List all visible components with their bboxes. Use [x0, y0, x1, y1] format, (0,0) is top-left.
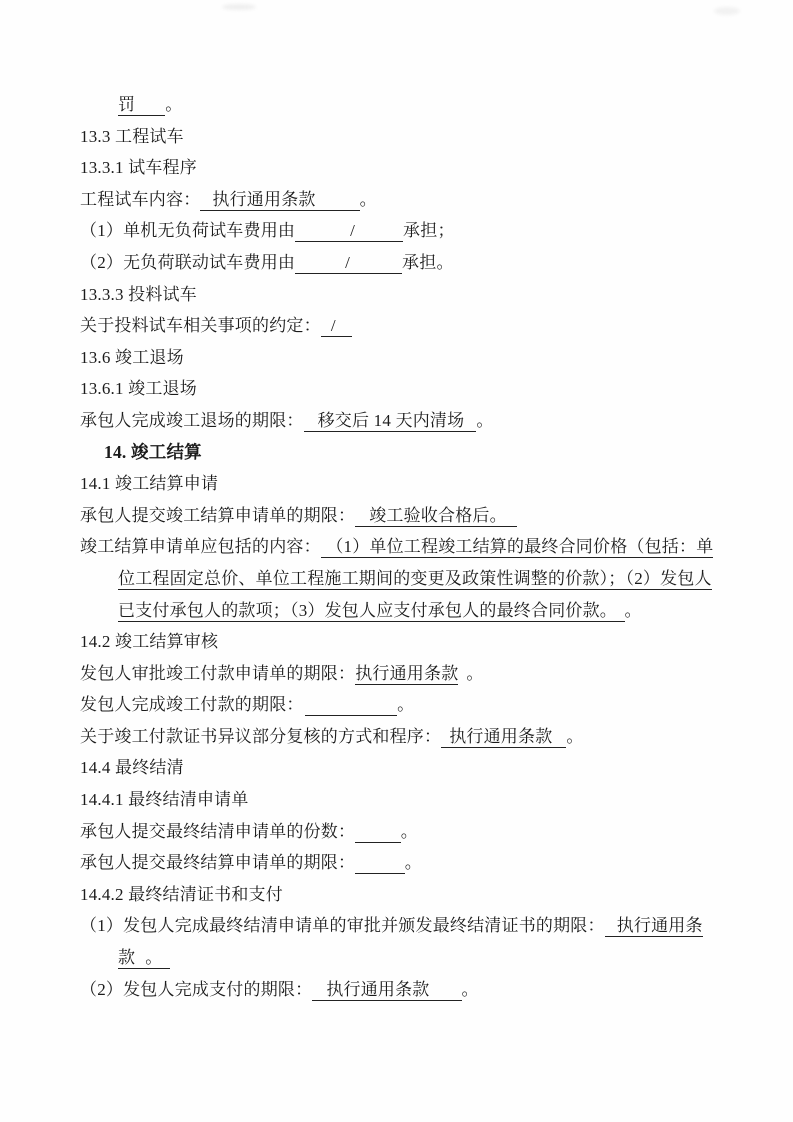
spacer	[347, 822, 355, 841]
blank-underline-field	[312, 980, 326, 1001]
line-payment-approval-deadline: 发包人审批竣工付款申请单的期限：执行通用条款。	[80, 658, 725, 690]
heading-14-4: 14.4 最终结清	[80, 752, 725, 784]
document-body: 罚。13.3 工程试车13.3.1 试车程序工程试车内容：执行通用条款。（1）单…	[80, 89, 725, 1005]
blank-underline-field	[464, 411, 476, 432]
line-employer-payment-deadline: （2）发包人完成支付的期限：执行通用条款。	[80, 974, 725, 1006]
slash-mark: /	[331, 316, 336, 337]
text-segment: 。	[625, 601, 642, 620]
text-segment: 14.2 竣工结算审核	[80, 632, 218, 651]
spacer	[295, 695, 305, 714]
line-test-run-content: 工程试车内容：执行通用条款。	[80, 184, 725, 216]
line-payment-completion-deadline: 发包人完成竣工付款的期限：。	[80, 689, 725, 721]
line-final-clearing-copies: 承包人提交最终结清申请单的份数：。	[80, 816, 725, 848]
blank-underline-field	[355, 822, 401, 843]
blank-underline-field	[430, 980, 462, 1001]
blank-underline-field	[336, 316, 352, 337]
blank-underline-field	[321, 537, 335, 558]
text-segment: 。	[405, 853, 422, 872]
text-segment: 。	[360, 190, 377, 209]
blank-underline-field	[355, 221, 403, 242]
text-segment: 承包人完成竣工退场的期限：	[80, 411, 304, 430]
line-final-certificate-deadline-2: 款。	[118, 942, 725, 974]
text-segment: 关于投料试车相关事项的约定：	[80, 316, 321, 335]
line-settlement-application-content-1: 竣工结算申请单应包括的内容：（1）单位工程竣工结算的最终合同价格（包括：单	[80, 531, 725, 563]
blank-underline-field	[295, 221, 350, 242]
text-segment: 执行通用条款	[355, 664, 458, 685]
text-segment: 14.4 最终结清	[80, 758, 184, 777]
line-item-2-no-load-joint-cost: （2）无负荷联动试车费用由/承担。	[80, 247, 725, 279]
text-segment: 承包人提交竣工结算申请单的期限：	[80, 506, 355, 525]
line-final-certificate-deadline-1: （1）发包人完成最终结清申请单的审批并颁发最终结清证书的期限：执行通用条	[80, 910, 725, 942]
blank-underline-field	[316, 190, 360, 211]
text-segment: 竣工验收合格后。	[369, 506, 507, 527]
heading-14-4-1: 14.4.1 最终结清申请单	[80, 784, 725, 816]
heading-14: 14. 竣工结算	[104, 437, 725, 469]
blank-underline-field	[304, 411, 318, 432]
text-segment: 承担。	[402, 253, 454, 272]
spacer	[347, 853, 355, 872]
text-segment: 承包人提交最终结算申请单的期限：	[80, 853, 347, 872]
text-segment: 13.6.1 竣工退场	[80, 379, 197, 398]
scan-artifact	[714, 7, 740, 15]
text-segment: （1）发包人完成最终结清申请单的审批并颁发最终结清证书的期限：	[80, 916, 605, 935]
text-segment: 。	[397, 695, 414, 714]
line-final-clearing-deadline: 承包人提交最终结算申请单的期限：。	[80, 847, 725, 879]
text-segment: 工程试车内容：	[80, 190, 200, 209]
text-segment: 。	[401, 822, 418, 841]
line-item-1-single-machine-cost: （1）单机无负荷试车费用由/承担；	[80, 215, 725, 247]
text-segment: 。	[462, 980, 479, 999]
blank-underline-field	[355, 506, 369, 527]
heading-13-3-1: 13.3.1 试车程序	[80, 152, 725, 184]
text-segment: 。	[145, 948, 162, 969]
scan-artifact	[222, 4, 256, 10]
heading-14-1: 14.1 竣工结算申请	[80, 468, 725, 500]
text-segment: 位工程固定总价、单位工程施工期间的变更及政策性调整的价款）；（2）发包人	[118, 569, 712, 590]
text-segment: 发包人完成竣工付款的期限：	[80, 695, 295, 714]
text-segment: 已支付承包人的款项；（3）发包人应支付承包人的最终合同价款。	[118, 601, 609, 622]
text-segment: 。	[476, 411, 493, 430]
text-segment: 14.4.2 最终结清证书和支付	[80, 885, 283, 904]
text-segment: 13.3.3 投料试车	[80, 285, 197, 304]
text-segment: 14.4.1 最终结清申请单	[80, 790, 249, 809]
heading-13-6-1: 13.6.1 竣工退场	[80, 373, 725, 405]
text-segment: 竣工结算申请单应包括的内容：	[80, 537, 321, 556]
text-segment: 罚	[118, 95, 135, 116]
text-segment: 14. 竣工结算	[104, 442, 202, 462]
blank-underline-field	[605, 916, 617, 937]
line-settlement-application-content-2: 位工程固定总价、单位工程施工期间的变更及政策性调整的价款）；（2）发包人	[118, 563, 725, 595]
blank-underline-field	[609, 601, 625, 622]
blank-underline-field	[162, 948, 170, 969]
text-segment: 发包人审批竣工付款申请单的期限：	[80, 664, 355, 683]
blank-underline-field	[355, 853, 405, 874]
text-segment: 执行通用条款	[212, 190, 315, 211]
line-feeding-test-agreement: 关于投料试车相关事项的约定：/	[80, 310, 725, 342]
text-segment: 。	[566, 727, 583, 746]
heading-13-6: 13.6 竣工退场	[80, 342, 725, 374]
text-segment: 13.6 竣工退场	[80, 348, 184, 367]
blank-underline-field	[295, 253, 345, 274]
heading-14-4-2: 14.4.2 最终结清证书和支付	[80, 879, 725, 911]
text-segment: 承担；	[403, 221, 455, 240]
line-settlement-application-content-3: 已支付承包人的款项；（3）发包人应支付承包人的最终合同价款。。	[118, 595, 725, 627]
line-site-exit-deadline: 承包人完成竣工退场的期限：移交后 14 天内清场。	[80, 405, 725, 437]
blank-underline-field	[200, 190, 212, 211]
text-segment: （1）单机无负荷试车费用由	[80, 221, 295, 240]
blank-underline-field	[135, 948, 145, 969]
text-segment: 13.3 工程试车	[80, 127, 184, 146]
text-segment: 14.1 竣工结算申请	[80, 474, 218, 493]
text-segment: （1）单位工程竣工结算的最终合同价格（包括：单	[335, 537, 714, 558]
blank-underline-field	[135, 95, 165, 116]
line-dispute-review-procedure: 关于竣工付款证书异议部分复核的方式和程序：执行通用条款。	[80, 721, 725, 753]
text-segment: 执行通用条	[617, 916, 703, 937]
blank-underline-field	[552, 727, 566, 748]
text-segment: 。	[466, 664, 483, 683]
heading-13-3: 13.3 工程试车	[80, 121, 725, 153]
blank-underline-field	[305, 695, 397, 716]
text-segment: 13.3.1 试车程序	[80, 158, 197, 177]
text-segment: 承包人提交最终结清申请单的份数：	[80, 822, 347, 841]
line-settlement-application-deadline: 承包人提交竣工结算申请单的期限：竣工验收合格后。	[80, 500, 725, 532]
text-segment: （2）发包人完成支付的期限：	[80, 980, 312, 999]
blank-underline-field	[507, 506, 517, 527]
blank-underline-field	[350, 253, 402, 274]
text-segment: 移交后 14 天内清场	[318, 411, 465, 432]
text-segment: 执行通用条款	[449, 727, 552, 748]
blank-underline-field	[321, 316, 331, 337]
text-segment: 执行通用条款	[326, 980, 429, 1001]
text-segment: 款	[118, 948, 135, 969]
heading-14-2: 14.2 竣工结算审核	[80, 626, 725, 658]
blank-underline-field	[441, 727, 449, 748]
text-segment: 。	[165, 95, 182, 114]
clause-13-2-continuation: 罚。	[118, 89, 725, 121]
contract-document-page: 罚。13.3 工程试车13.3.1 试车程序工程试车内容：执行通用条款。（1）单…	[0, 0, 793, 1122]
text-segment: （2）无负荷联动试车费用由	[80, 253, 295, 272]
text-segment: 关于竣工付款证书异议部分复核的方式和程序：	[80, 727, 441, 746]
heading-13-3-3: 13.3.3 投料试车	[80, 279, 725, 311]
